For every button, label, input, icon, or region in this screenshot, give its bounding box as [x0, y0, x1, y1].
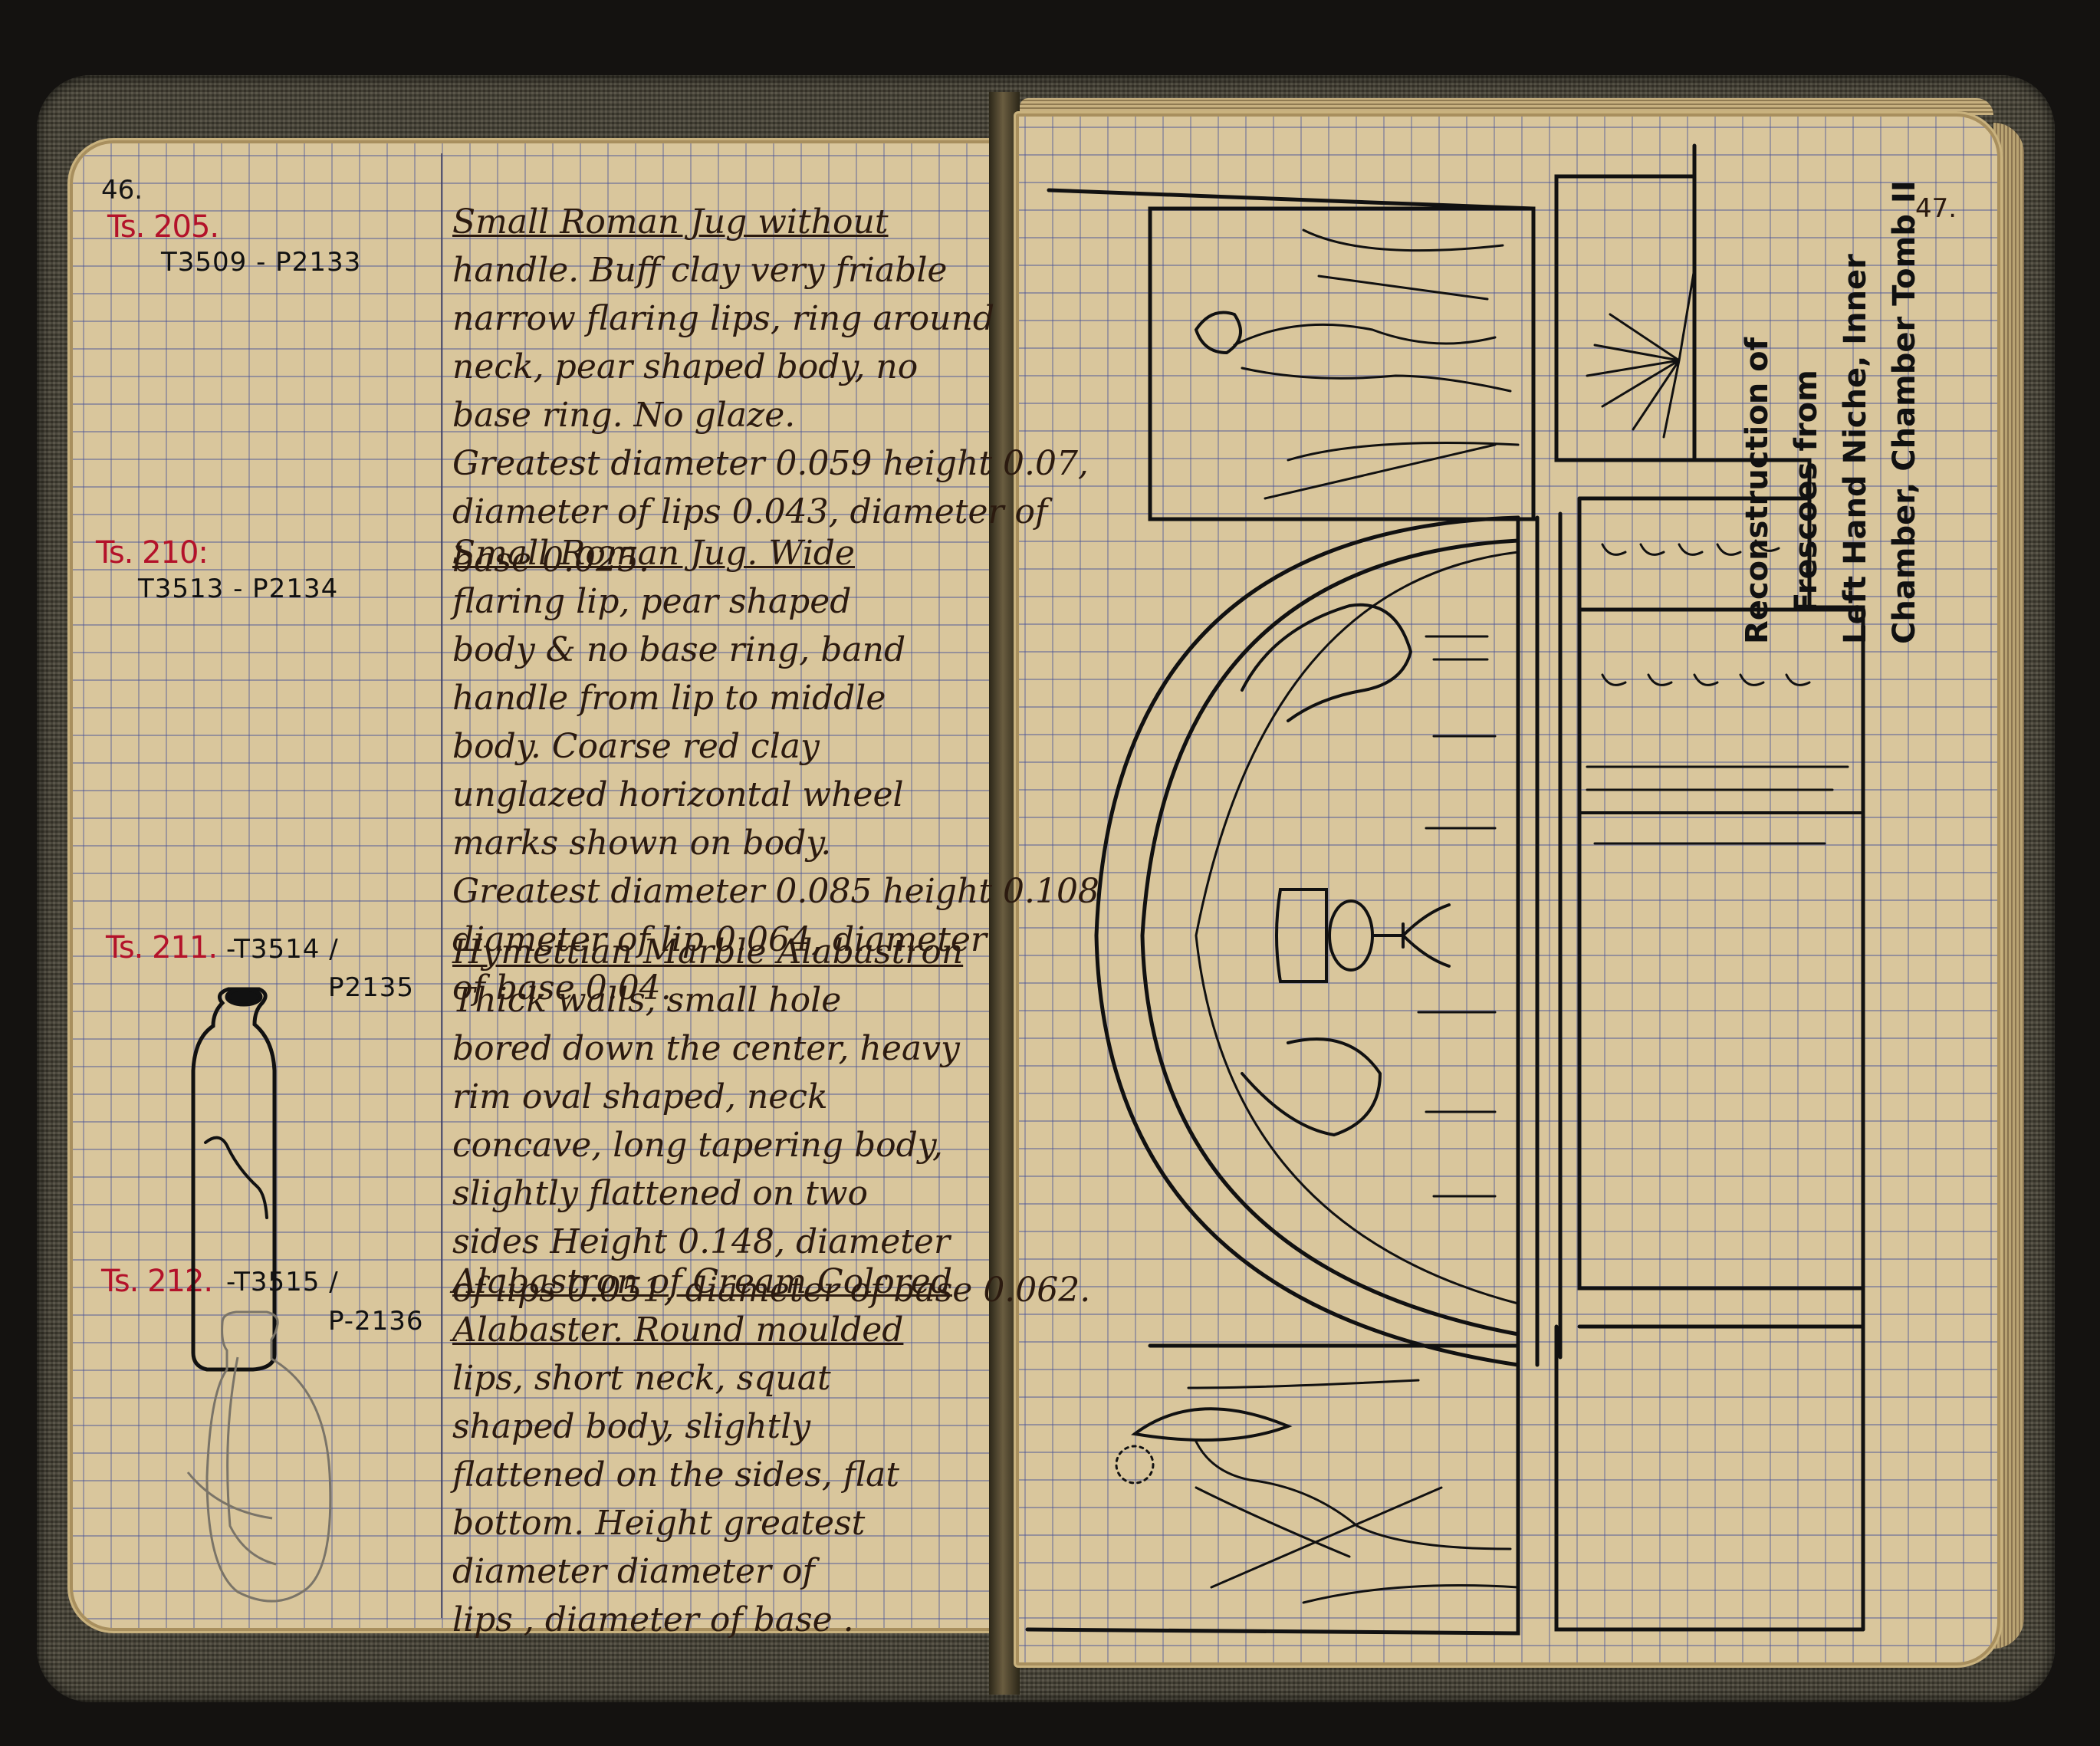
title-line: Frescoes from — [1782, 153, 1831, 644]
title-line: Left Hand Niche, Inner — [1831, 153, 1880, 644]
fresco-title-rotated: Reconstruction of Frescoes from Left Han… — [1733, 153, 1947, 644]
arch-outer — [1096, 518, 1518, 1365]
upper-fresco-panel — [1150, 209, 1533, 519]
title-line: Reconstruction of — [1733, 153, 1782, 644]
pencil-alabastron-sketch — [188, 1312, 330, 1601]
title-line: Chamber, Chamber Tomb II — [1880, 153, 1929, 644]
